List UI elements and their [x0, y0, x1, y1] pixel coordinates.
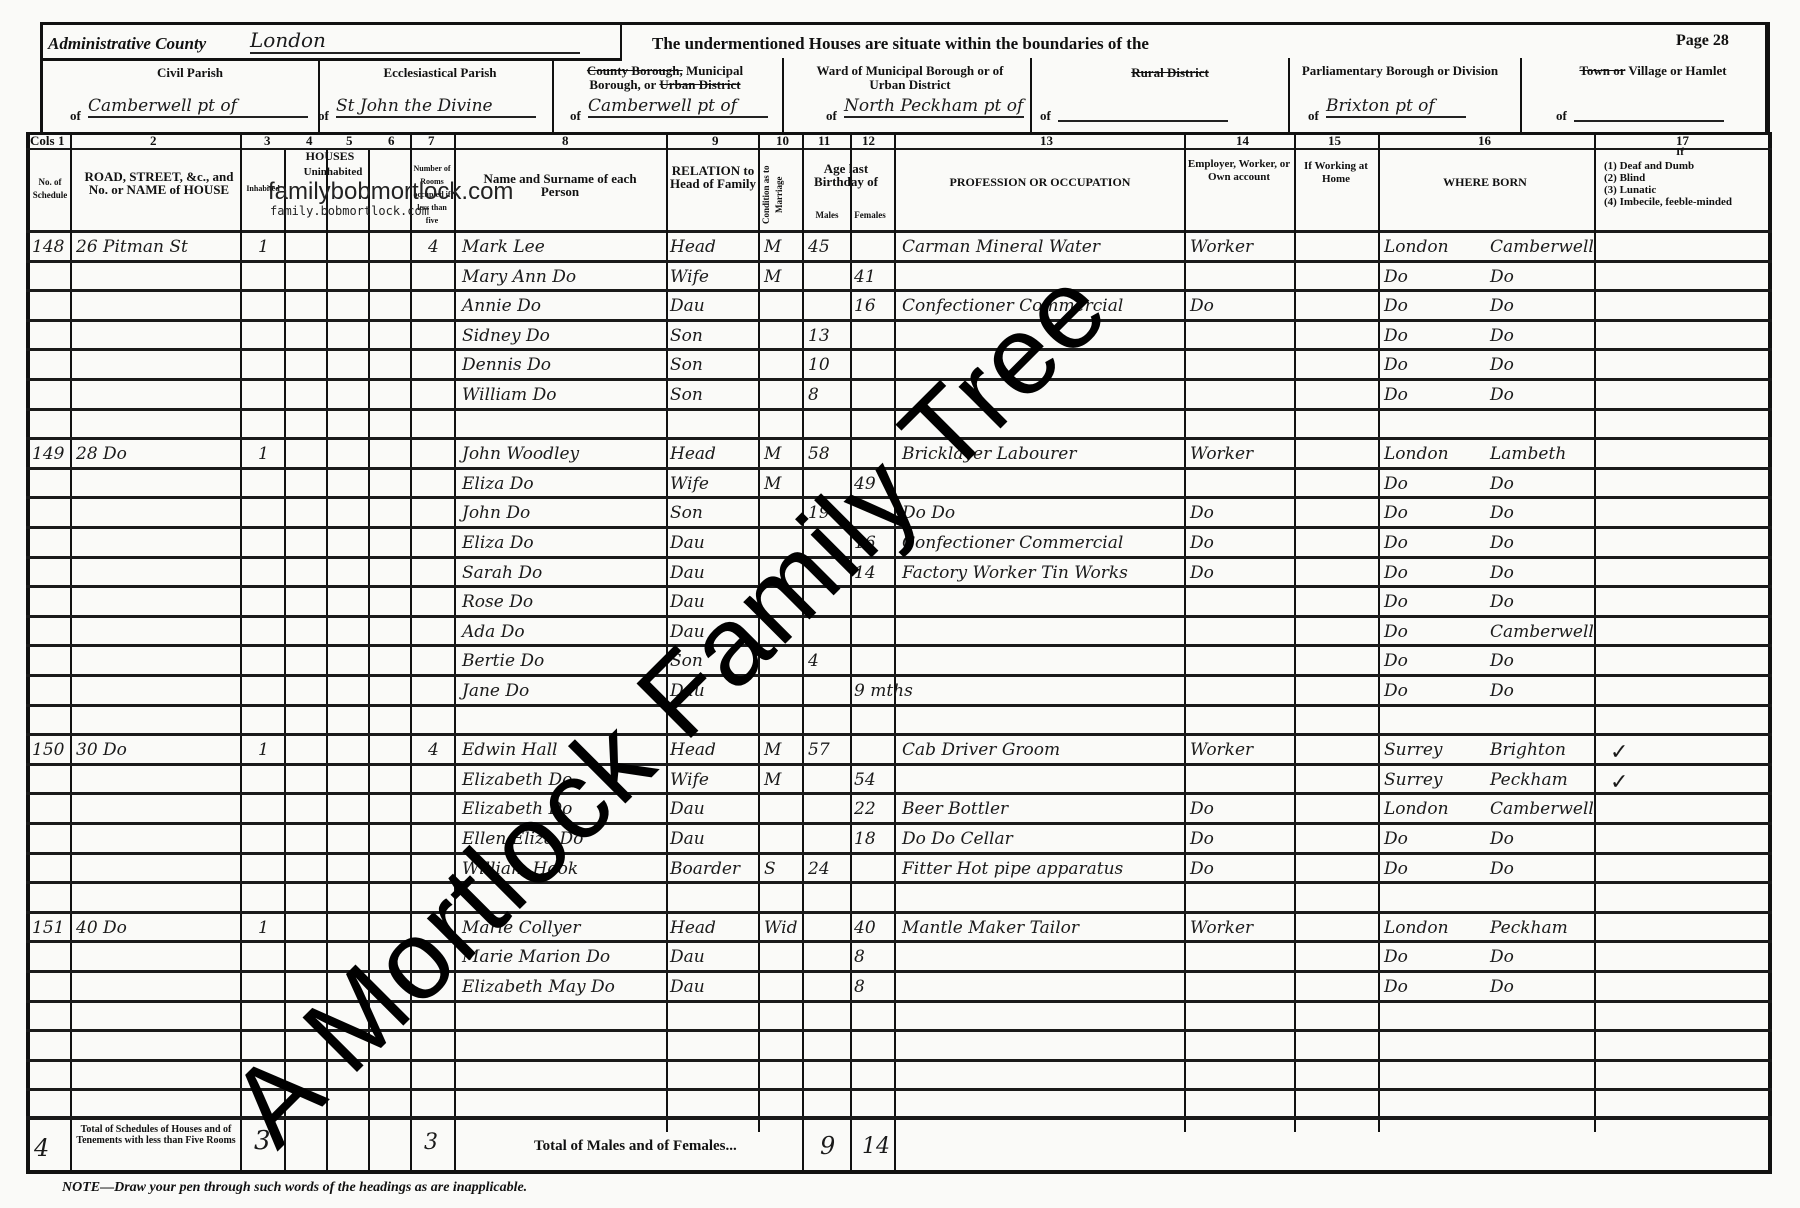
age-female: 22 [854, 799, 876, 819]
born-county: London [1384, 237, 1449, 257]
person-name: William Do [462, 385, 556, 405]
person-name: Ada Do [462, 622, 525, 642]
col-condition: Condition as to Marriage [760, 160, 778, 230]
relation: Dau [670, 533, 705, 553]
col-where-born: WHERE BORN [1380, 176, 1590, 189]
form-title: The undermentioned Houses are situate wi… [652, 34, 1149, 54]
sched-no: 148 [32, 237, 64, 257]
person-name: Annie Do [462, 296, 541, 316]
born-county: London [1384, 918, 1449, 938]
age-female: 16 [854, 296, 876, 316]
relation: Dau [670, 977, 705, 997]
age-male: 8 [808, 385, 819, 405]
total-rooms: 3 [424, 1130, 438, 1155]
person-name: Jane Do [462, 681, 529, 701]
born-county: Do [1384, 503, 1408, 523]
born-county: Surrey [1384, 770, 1443, 790]
born-county: Do [1384, 681, 1408, 701]
born-county: Do [1384, 622, 1408, 642]
col-age: Age last Birthday of [806, 162, 886, 188]
age-female: 18 [854, 829, 876, 849]
relation: Head [670, 444, 716, 464]
condition: S [764, 859, 776, 879]
born-parish: Do [1490, 829, 1514, 849]
employer: Do [1190, 829, 1214, 849]
born-county: Do [1384, 859, 1408, 879]
born-county: Do [1384, 385, 1408, 405]
total-schedules-label: Total of Schedules of Houses and of Tene… [76, 1124, 236, 1146]
footer-note: NOTE—Draw your pen through such words of… [62, 1180, 527, 1196]
employer: Worker [1190, 237, 1253, 257]
occupation: Cab Driver Groom [902, 740, 1060, 760]
admin-county-value: London [250, 28, 580, 54]
relation: Son [670, 385, 703, 405]
born-parish: Camberwell [1490, 799, 1594, 819]
relation: Dau [670, 947, 705, 967]
condition: M [764, 444, 781, 464]
born-county: Do [1384, 563, 1408, 583]
total-schedules-count: 4 [34, 1134, 49, 1162]
col-working-home: If Working at Home [1296, 160, 1376, 186]
ward-label: Ward of Municipal Borough or of Urban Di… [800, 64, 1020, 92]
relation: Wife [670, 267, 709, 287]
relation: Dau [670, 296, 705, 316]
person-name: Eliza Do [462, 533, 534, 553]
born-county: Do [1384, 296, 1408, 316]
age-male: 13 [808, 326, 830, 346]
person-name: Sarah Do [462, 563, 542, 583]
condition: Wid [764, 918, 798, 938]
watermark-url: familybobmortlock.com [268, 178, 513, 206]
rooms: 4 [428, 237, 439, 257]
born-parish: Peckham [1490, 918, 1568, 938]
born-parish: Do [1490, 503, 1514, 523]
col-schedule-no: No. of Schedule [30, 176, 70, 202]
infirmity: ✓ [1610, 740, 1628, 765]
relation: Dau [670, 829, 705, 849]
condition: M [764, 740, 781, 760]
born-county: Do [1384, 474, 1408, 494]
person-name: Eliza Do [462, 474, 534, 494]
age-male: 57 [808, 740, 830, 760]
person-name: Rose Do [462, 592, 533, 612]
person-name: Bertie Do [462, 651, 544, 671]
relation: Son [670, 326, 703, 346]
age-male: 45 [808, 237, 830, 257]
age-female: 41 [854, 267, 876, 287]
person-name: Sidney Do [462, 326, 550, 346]
total-males: 9 [820, 1132, 835, 1160]
col-infirmity: (1) Deaf and Dumb (2) Blind (3) Lunatic … [1604, 160, 1732, 208]
born-county: Do [1384, 267, 1408, 287]
rural-district-label: Rural District [1060, 66, 1280, 80]
born-county: Surrey [1384, 740, 1443, 760]
born-parish: Do [1490, 977, 1514, 997]
born-county: Do [1384, 977, 1408, 997]
born-county: Do [1384, 533, 1408, 553]
occupation: Mantle Maker Tailor [902, 918, 1079, 938]
age-female: 40 [854, 918, 876, 938]
county-borough-value: Camberwell pt of [588, 96, 768, 118]
total-females: 14 [862, 1134, 890, 1159]
census-page: Administrative County London The underme… [0, 0, 1800, 1208]
inhabited: 1 [258, 237, 269, 257]
born-parish: Do [1490, 326, 1514, 346]
sched-no: 151 [32, 918, 64, 938]
relation: Dau [670, 799, 705, 819]
parl-borough-value: Brixton pt of [1326, 96, 1466, 118]
condition: M [764, 474, 781, 494]
occupation: Do Do Cellar [902, 829, 1013, 849]
road: 28 Do [76, 444, 127, 464]
relation: Wife [670, 474, 709, 494]
relation: Boarder [670, 859, 740, 879]
employer: Do [1190, 503, 1214, 523]
occupation: Confectioner Commercial [902, 533, 1123, 553]
rooms: 4 [428, 740, 439, 760]
born-parish: Camberwell [1490, 622, 1594, 642]
road: 26 Pitman St [76, 237, 188, 257]
born-county: Do [1384, 355, 1408, 375]
person-name: Dennis Do [462, 355, 551, 375]
born-county: Do [1384, 947, 1408, 967]
born-parish: Brighton [1490, 740, 1566, 760]
relation: Head [670, 918, 716, 938]
relation: Son [670, 355, 703, 375]
employer: Do [1190, 799, 1214, 819]
born-parish: Do [1490, 296, 1514, 316]
inhabited: 1 [258, 740, 269, 760]
inhabited: 1 [258, 444, 269, 464]
occupation: Factory Worker Tin Works [902, 563, 1128, 583]
sched-no: 150 [32, 740, 64, 760]
born-county: Do [1384, 592, 1408, 612]
age-female: 54 [854, 770, 876, 790]
total-label: Total of Males and of Females... [534, 1138, 737, 1155]
ward-value: North Peckham pt of [844, 96, 1024, 118]
col-houses: HOUSES [270, 150, 390, 163]
county-borough-label: County Borough, Municipal Borough, or Ur… [560, 64, 770, 92]
born-county: Do [1384, 326, 1408, 346]
born-parish: Do [1490, 592, 1514, 612]
born-parish: Do [1490, 563, 1514, 583]
born-parish: Peckham [1490, 770, 1568, 790]
born-parish: Do [1490, 267, 1514, 287]
condition: M [764, 237, 781, 257]
watermark-url-small: family.bobmortlock.com [270, 204, 429, 218]
town-value [1574, 118, 1724, 122]
born-county: London [1384, 444, 1449, 464]
employer: Worker [1190, 918, 1253, 938]
col-relation: RELATION to Head of Family [668, 164, 758, 190]
page-number: 28 [1713, 32, 1729, 49]
sched-no: 149 [32, 444, 64, 464]
born-parish: Do [1490, 859, 1514, 879]
employer: Do [1190, 859, 1214, 879]
age-female: 9 mths [854, 681, 913, 701]
born-parish: Lambeth [1490, 444, 1566, 464]
born-parish: Camberwell [1490, 237, 1594, 257]
col-road: ROAD, STREET, &c., and No. or NAME of HO… [74, 170, 244, 196]
born-parish: Do [1490, 681, 1514, 701]
person-name: Mark Lee [462, 237, 545, 257]
occupation: Beer Bottler [902, 799, 1008, 819]
eccl-parish-value: St John the Divine [336, 96, 536, 118]
occupation: Fitter Hot pipe apparatus [902, 859, 1123, 879]
born-parish: Do [1490, 947, 1514, 967]
born-parish: Do [1490, 355, 1514, 375]
born-parish: Do [1490, 385, 1514, 405]
employer: Do [1190, 296, 1214, 316]
condition: M [764, 770, 781, 790]
page-label: Page 28 [1676, 32, 1729, 50]
infirmity: ✓ [1610, 770, 1628, 795]
relation: Dau [670, 563, 705, 583]
rural-district-value [1058, 118, 1228, 122]
inhabited: 1 [258, 918, 269, 938]
admin-county-label: Administrative County [48, 34, 206, 54]
col-occupation: PROFESSION OR OCCUPATION [900, 176, 1180, 189]
road: 40 Do [76, 918, 127, 938]
born-county: Do [1384, 651, 1408, 671]
born-parish: Do [1490, 533, 1514, 553]
employer: Do [1190, 563, 1214, 583]
born-parish: Do [1490, 651, 1514, 671]
person-name: Mary Ann Do [462, 267, 576, 287]
relation: Son [670, 503, 703, 523]
civil-parish-label: Civil Parish [80, 66, 300, 80]
born-county: Do [1384, 829, 1408, 849]
road: 30 Do [76, 740, 127, 760]
civil-parish-value: Camberwell pt of [88, 96, 308, 118]
condition: M [764, 267, 781, 287]
age-female: 8 [854, 947, 865, 967]
eccl-parish-label: Ecclesiastical Parish [330, 66, 550, 80]
age-male: 10 [808, 355, 830, 375]
born-county: London [1384, 799, 1449, 819]
col-employer: Employer, Worker, or Own account [1184, 158, 1294, 184]
occupation: Carman Mineral Water [902, 237, 1100, 257]
age-female: 8 [854, 977, 865, 997]
employer: Do [1190, 533, 1214, 553]
person-name: John Woodley [462, 444, 579, 464]
town-label: Town or Village or Hamlet [1548, 64, 1758, 78]
parl-borough-label: Parliamentary Borough or Division [1300, 64, 1500, 78]
age-male: 24 [808, 859, 830, 879]
person-name: John Do [462, 503, 530, 523]
relation: Head [670, 237, 716, 257]
employer: Worker [1190, 444, 1253, 464]
born-parish: Do [1490, 474, 1514, 494]
employer: Worker [1190, 740, 1253, 760]
